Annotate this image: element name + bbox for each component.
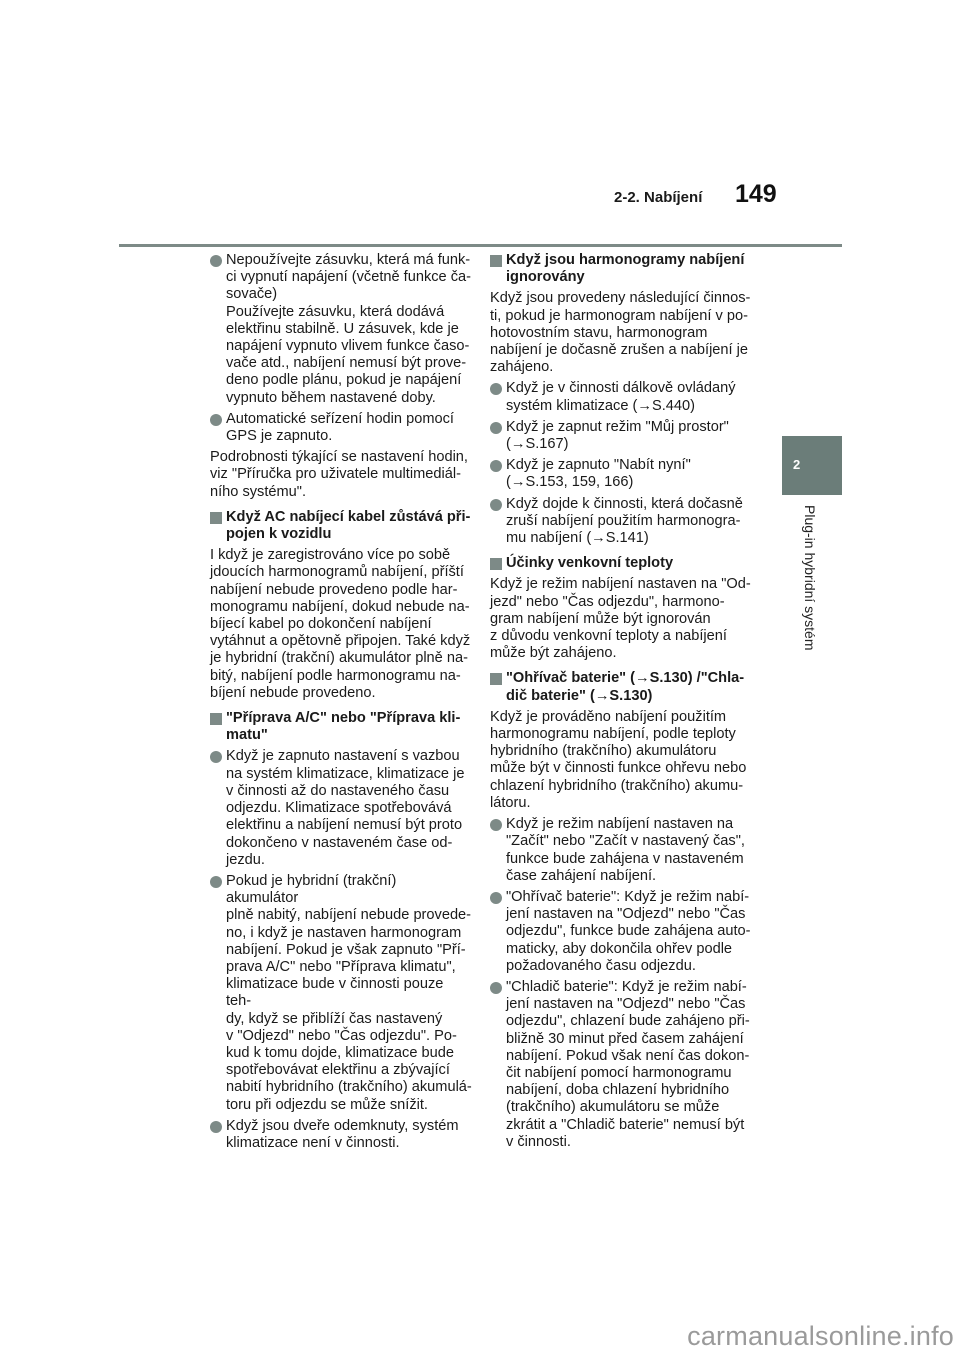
bullet-text: Když je zapnut režim "Můj prostor" (→S.1… (506, 419, 758, 453)
paragraph: Když jsou provedeny následující činnos- … (490, 290, 758, 376)
bullet-text: "Ohřívač baterie": Když je režim nabí- j… (506, 889, 758, 975)
bullet-item: "Ohřívač baterie": Když je režim nabí- j… (490, 889, 758, 975)
heading-text: Když jsou harmonogramy nabíjení ignorová… (506, 252, 758, 286)
bullet-item: Nepoužívejte zásuvku, která má funk- ci … (210, 252, 472, 407)
heading-text: "Příprava A/C" nebo "Příprava kli- matu" (226, 710, 472, 744)
heading-text: Když AC nabíjecí kabel zůstává při- poje… (226, 509, 472, 543)
heading-square-icon (210, 512, 222, 524)
bullet-dot-icon (210, 414, 222, 426)
bullet-item: Automatické seřízení hodin pomocí GPS je… (210, 411, 472, 445)
bullet-text: Když je zapnuto "Nabít nyní" (→S.153, 15… (506, 457, 758, 491)
bullet-dot-icon (490, 892, 502, 904)
bullet-dot-icon (490, 383, 502, 395)
heading-square-icon (490, 255, 502, 267)
bullet-item: Když je zapnuto nastavení s vazbou na sy… (210, 748, 472, 868)
bullet-item: Když je zapnuto "Nabít nyní" (→S.153, 15… (490, 457, 758, 491)
bullet-text: Když dojde k činnosti, která dočasně zru… (506, 496, 758, 548)
chapter-title: Plug-in hybridní systém (802, 505, 818, 651)
watermark-link[interactable]: carmanualsonline.info (687, 1321, 954, 1352)
section-heading: Když jsou harmonogramy nabíjení ignorová… (490, 252, 758, 286)
bullet-text: Když je v činnosti dálkově ovládaný syst… (506, 380, 758, 414)
paragraph: Když je prováděno nabíjení použitím harm… (490, 709, 758, 812)
bullet-item: Když dojde k činnosti, která dočasně zru… (490, 496, 758, 548)
bullet-dot-icon (210, 255, 222, 267)
bullet-item: Když je zapnut režim "Můj prostor" (→S.1… (490, 419, 758, 453)
bullet-text: Když jsou dveře odemknuty, systém klimat… (226, 1118, 472, 1152)
bullet-text: "Chladič baterie": Když je režim nabí- j… (506, 979, 758, 1151)
bullet-dot-icon (210, 751, 222, 763)
heading-square-icon (490, 558, 502, 570)
bullet-text: Pokud je hybridní (trakční) akumulátor p… (226, 873, 472, 1114)
section-heading: Když AC nabíjecí kabel zůstává při- poje… (210, 509, 472, 543)
bullet-item: Když je režim nabíjení nastaven na "Začí… (490, 816, 758, 885)
bullet-text: Když je režim nabíjení nastaven na "Začí… (506, 816, 758, 885)
section-heading: "Příprava A/C" nebo "Příprava kli- matu" (210, 710, 472, 744)
chapter-tab: 2 (782, 436, 842, 495)
right-column: Když jsou harmonogramy nabíjení ignorová… (490, 252, 758, 1155)
section-title: 2-2. Nabíjení (614, 189, 702, 206)
bullet-item: Pokud je hybridní (trakční) akumulátor p… (210, 873, 472, 1114)
section-heading: "Ohřívač baterie" (→S.130) /"Chla- dič b… (490, 670, 758, 704)
bullet-dot-icon (210, 876, 222, 888)
bullet-dot-icon (210, 1121, 222, 1133)
paragraph: Podrobnosti týkající se nastavení hodin,… (210, 449, 472, 501)
bullet-dot-icon (490, 499, 502, 511)
heading-text: "Ohřívač baterie" (→S.130) /"Chla- dič b… (506, 670, 758, 704)
bullet-dot-icon (490, 819, 502, 831)
left-column: Nepoužívejte zásuvku, která má funk- ci … (210, 252, 472, 1156)
paragraph: Když je režim nabíjení nastaven na "Od- … (490, 576, 758, 662)
heading-square-icon (490, 673, 502, 685)
bullet-dot-icon (490, 422, 502, 434)
bullet-item: Když jsou dveře odemknuty, systém klimat… (210, 1118, 472, 1152)
bullet-text: Nepoužívejte zásuvku, která má funk- ci … (226, 252, 472, 407)
heading-text: Účinky venkovní teploty (506, 555, 758, 572)
paragraph: I když je zaregistrováno více po sobě jd… (210, 547, 472, 702)
bullet-item: "Chladič baterie": Když je režim nabí- j… (490, 979, 758, 1151)
bullet-dot-icon (490, 982, 502, 994)
chapter-number: 2 (793, 457, 800, 472)
heading-square-icon (210, 713, 222, 725)
bullet-item: Když je v činnosti dálkově ovládaný syst… (490, 380, 758, 414)
bullet-text: Automatické seřízení hodin pomocí GPS je… (226, 411, 472, 445)
bullet-text: Když je zapnuto nastavení s vazbou na sy… (226, 748, 472, 868)
header-divider (119, 244, 842, 247)
page-number: 149 (735, 180, 777, 209)
section-heading: Účinky venkovní teploty (490, 555, 758, 572)
bullet-dot-icon (490, 460, 502, 472)
